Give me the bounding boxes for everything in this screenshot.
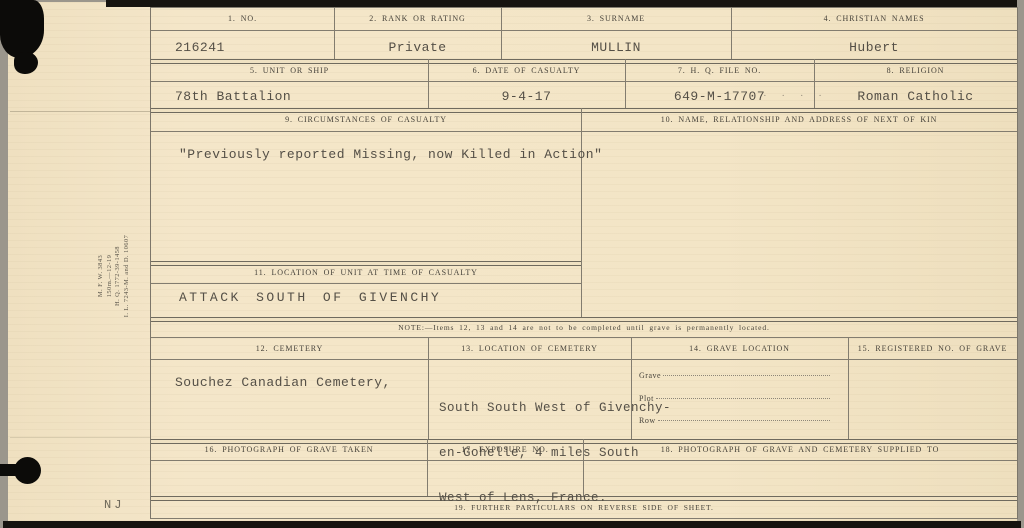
field-label-photo-taken: 16. PHOTOGRAPH OF GRAVE TAKEN xyxy=(151,439,427,460)
field-value-unit-location: ATTACK SOUTH OF GIVENCHY xyxy=(179,290,441,305)
plot-line: Plot xyxy=(639,394,830,417)
field-label-surname: 3. SURNAME xyxy=(501,7,731,30)
field-label-next-of-kin: 10. NAME, RELATIONSHIP AND ADDRESS OF NE… xyxy=(581,108,1017,131)
field-label-unit-location: 11. LOCATION OF UNIT AT TIME OF CASUALTY xyxy=(151,261,581,283)
printer-imprint-vertical: M. F. W. 3843 150m.—12-19 H. Q. 1772-39-… xyxy=(64,226,164,326)
casualty-form-table: 1. NO. 2. RANK OR RATING 3. SURNAME 4. C… xyxy=(150,7,1018,519)
field-value-circumstances: "Previously reported Missing, now Killed… xyxy=(179,147,602,162)
field-label-cemetery-location: 13. LOCATION OF CEMETERY xyxy=(428,337,631,359)
ink-blot-bottom-left xyxy=(14,457,41,484)
ruled-line-bleed xyxy=(10,437,150,438)
field-value-cemetery: Souchez Canadian Cemetery, xyxy=(175,375,391,390)
rule xyxy=(581,108,582,317)
rule xyxy=(151,283,581,284)
field-label-hq-file-no: 7. H. Q. FILE NO. xyxy=(625,59,814,81)
field-label-circumstances: 9. CIRCUMSTANCES OF CASUALTY xyxy=(151,108,581,131)
field-label-christian-names: 4. CHRISTIAN NAMES xyxy=(731,7,1017,30)
grave-line: Grave xyxy=(639,371,830,394)
dotted-leader xyxy=(658,420,830,421)
form-note: NOTE:—Items 12, 13 and 14 are not to be … xyxy=(151,317,1017,337)
field-value-no: 216241 xyxy=(175,40,225,55)
field-label-grave-location: 14. GRAVE LOCATION xyxy=(631,337,848,359)
imprint-line: 150m.—12-19 xyxy=(106,226,115,326)
rule xyxy=(151,81,1017,82)
field-value-religion: Roman Catholic xyxy=(814,89,1017,104)
further-particulars-note: 19. FURTHER PARTICULARS ON REVERSE SIDE … xyxy=(151,496,1017,518)
imprint-line: I. L. 7243-M. and D. 10607 xyxy=(123,226,132,326)
rule xyxy=(151,131,1017,132)
field-label-rank: 2. RANK OR RATING xyxy=(334,7,501,30)
field-label-photo-supplied: 18. PHOTOGRAPH OF GRAVE AND CEMETERY SUP… xyxy=(583,439,1017,460)
field-label-registered-no: 15. REGISTERED NO. OF GRAVE xyxy=(848,337,1017,359)
field-value-date-of-casualty: 9-4-17 xyxy=(428,89,625,104)
field-value-surname: MULLIN xyxy=(501,40,731,55)
field-value-christian-names: Hubert xyxy=(731,40,1017,55)
field-label-cemetery: 12. CEMETERY xyxy=(151,337,428,359)
field-value-rank: Private xyxy=(334,40,501,55)
field-value-unit: 78th Battalion xyxy=(175,89,291,104)
field-label-religion: 8. RELIGION xyxy=(814,59,1017,81)
ruled-line-bleed xyxy=(10,111,150,112)
dotted-leader xyxy=(663,375,830,376)
grave-line-label: Grave xyxy=(639,371,661,380)
imprint-line: H. Q. 1772-39-1458 xyxy=(114,226,123,326)
imprint-line: M. F. W. 3843 xyxy=(97,226,106,326)
rule xyxy=(151,359,1017,360)
plot-line-label: Plot xyxy=(639,394,654,403)
field-label-date-of-casualty: 6. DATE OF CASUALTY xyxy=(428,59,625,81)
field-label-unit: 5. UNIT OR SHIP xyxy=(151,59,428,81)
scanned-casualty-form: M. F. W. 3843 150m.—12-19 H. Q. 1772-39-… xyxy=(0,0,1024,528)
row-line: Row xyxy=(639,416,830,439)
rule xyxy=(151,30,1017,31)
margin-annotation: NJ xyxy=(104,498,124,512)
scan-top-edge xyxy=(106,0,1017,7)
field-label-exposure-no: 17. EXPOSURE NO. xyxy=(427,439,583,460)
grave-location-sublines: Grave Plot Row xyxy=(631,363,848,439)
field-label-no: 1. NO. xyxy=(151,7,334,30)
row-line-label: Row xyxy=(639,416,656,425)
dotted-leader xyxy=(656,398,830,399)
